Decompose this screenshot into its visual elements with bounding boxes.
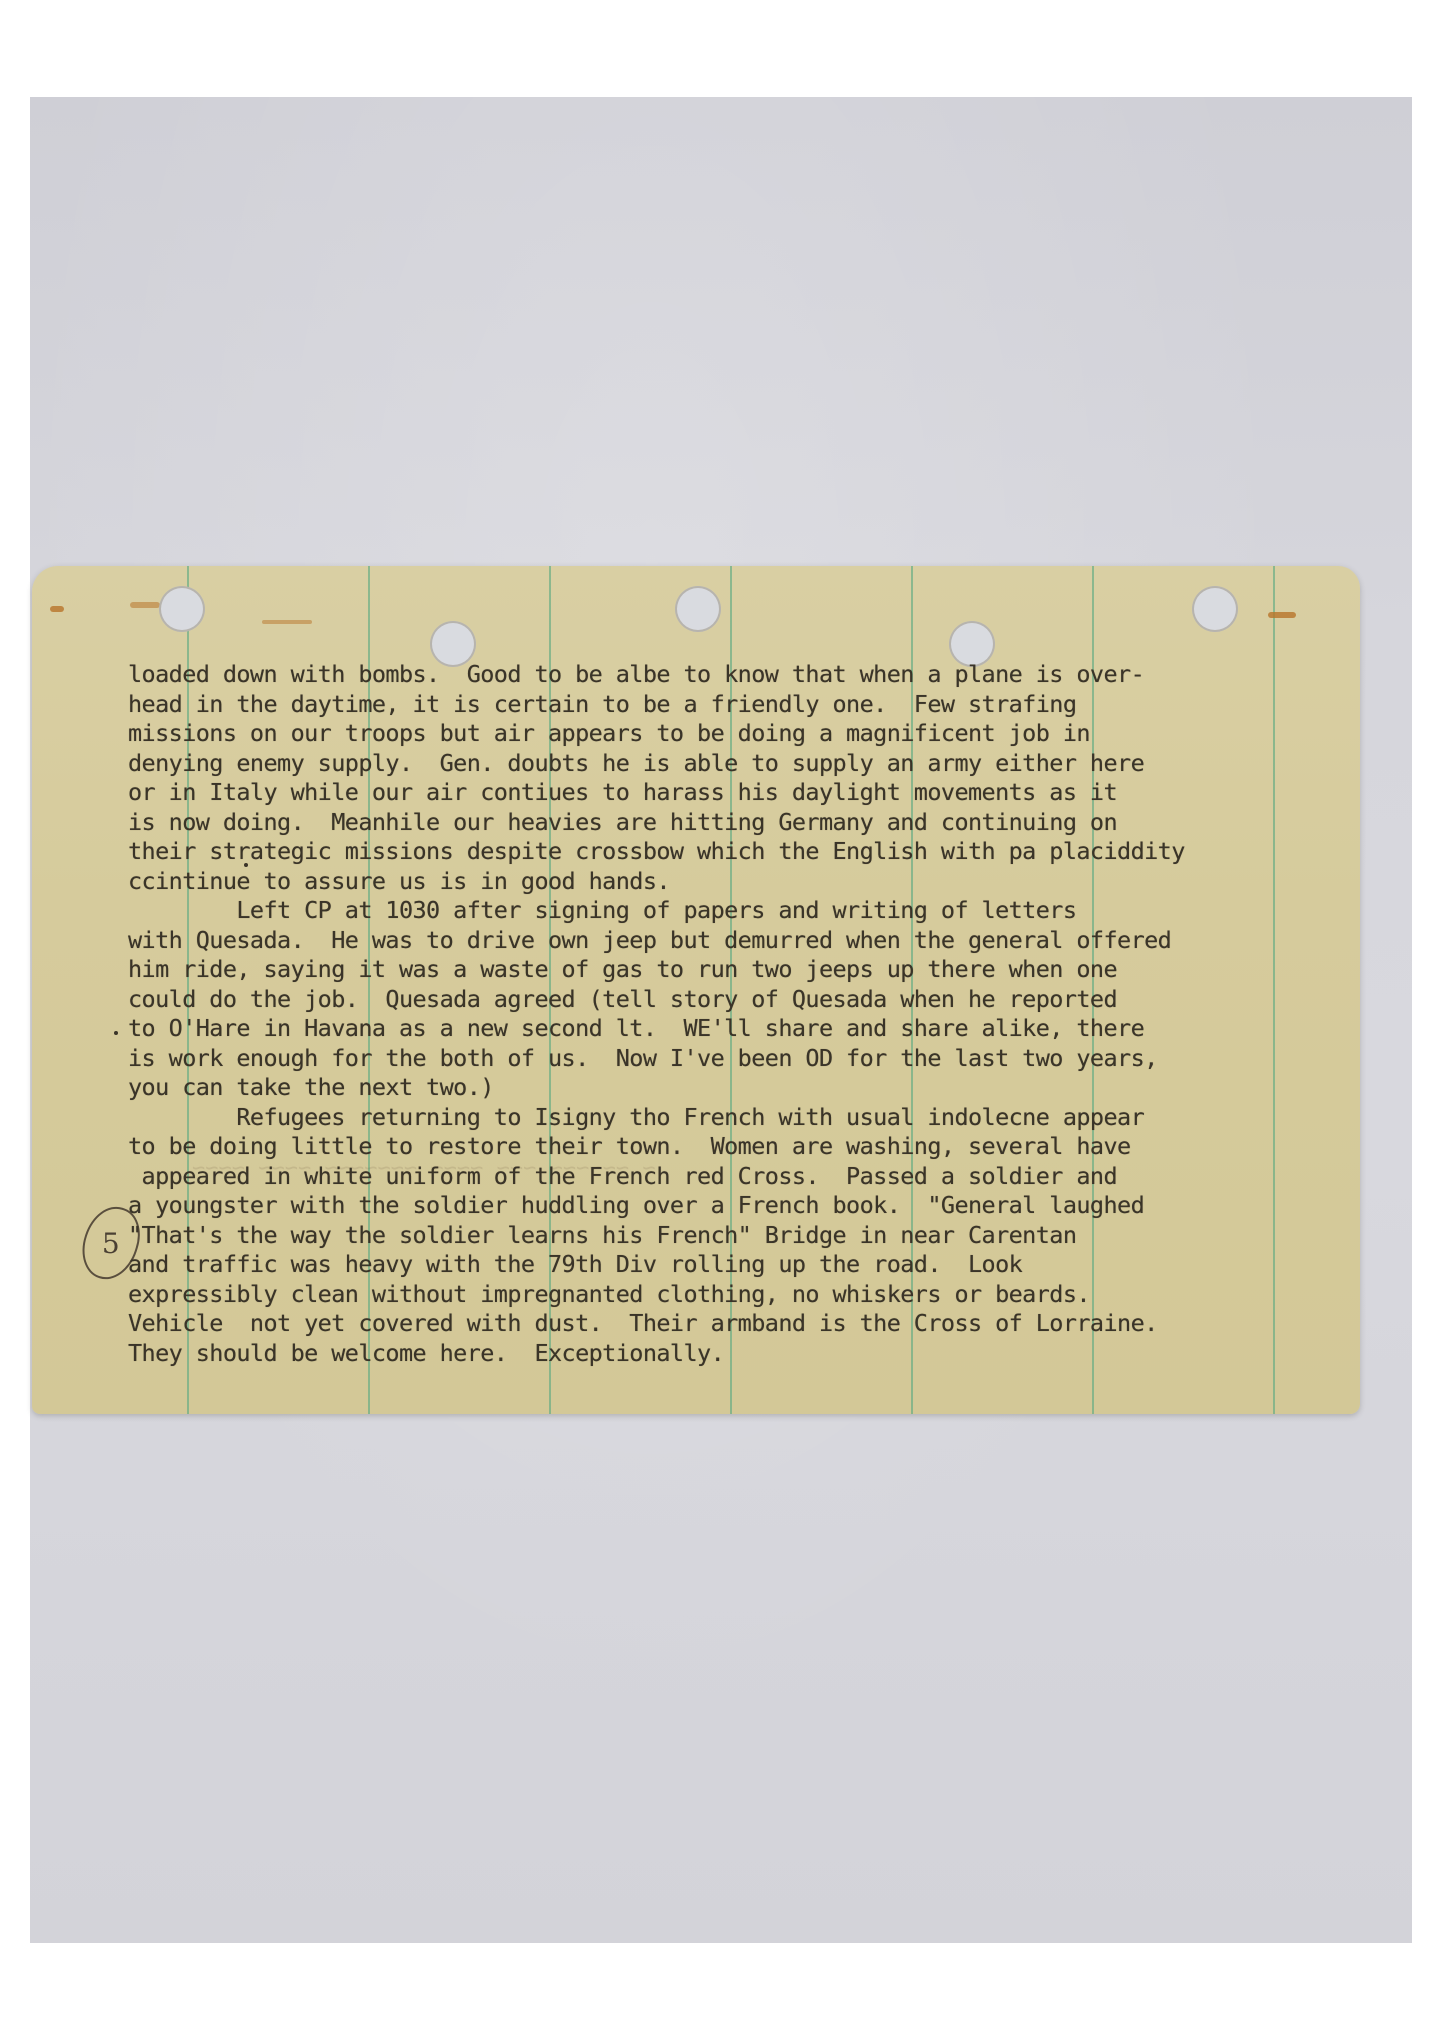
diary-card: ~ ~~~~~~ ~~~ ~~~~ ~~~~~~~ ~~~~ ~~~~ 5 lo… bbox=[32, 566, 1360, 1414]
rust-stain bbox=[1268, 612, 1296, 618]
text-line: head in the daytime, it is certain to be… bbox=[128, 690, 1348, 720]
text-line: Vehicle not yet covered with dust. Their… bbox=[128, 1309, 1348, 1339]
text-line: appeared in white uniform of the French … bbox=[128, 1162, 1348, 1192]
binder-hole bbox=[675, 586, 721, 632]
binder-hole bbox=[159, 586, 205, 632]
text-line: is work enough for the both of us. Now I… bbox=[128, 1044, 1348, 1074]
typewritten-text: loaded down with bombs. Good to be albe … bbox=[128, 660, 1348, 1368]
text-line: They should be welcome here. Exceptional… bbox=[128, 1339, 1348, 1369]
binder-hole bbox=[1192, 586, 1238, 632]
text-line: with Quesada. He was to drive own jeep b… bbox=[128, 926, 1348, 956]
page-number: 5 bbox=[102, 1226, 120, 1259]
text-line: "That's the way the soldier learns his F… bbox=[128, 1221, 1348, 1251]
rust-stain bbox=[262, 620, 312, 624]
text-line: Refugees returning to Isigny tho French … bbox=[128, 1103, 1348, 1133]
text-line: Left CP at 1030 after signing of papers … bbox=[128, 896, 1348, 926]
text-line: is now doing. Meanhile our heavies are h… bbox=[128, 808, 1348, 838]
rust-stain bbox=[130, 602, 160, 608]
stray-mark bbox=[114, 1031, 118, 1035]
text-line: missions on our troops but air appears t… bbox=[128, 719, 1348, 749]
text-line: their strategic missions despite crossbo… bbox=[128, 837, 1348, 867]
text-line: or in Italy while our air contiues to ha… bbox=[128, 778, 1348, 808]
text-line: him ride, saying it was a waste of gas t… bbox=[128, 955, 1348, 985]
text-line: you can take the next two.) bbox=[128, 1073, 1348, 1103]
text-line: a youngster with the soldier huddling ov… bbox=[128, 1191, 1348, 1221]
text-line: denying enemy supply. Gen. doubts he is … bbox=[128, 749, 1348, 779]
text-line: could do the job. Quesada agreed (tell s… bbox=[128, 985, 1348, 1015]
text-line: loaded down with bombs. Good to be albe … bbox=[128, 660, 1348, 690]
text-line: and traffic was heavy with the 79th Div … bbox=[128, 1250, 1348, 1280]
text-line: expressibly clean without impregnanted c… bbox=[128, 1280, 1348, 1310]
text-line: to be doing little to restore their town… bbox=[128, 1132, 1348, 1162]
rust-stain bbox=[50, 606, 64, 612]
text-line: to O'Hare in Havana as a new second lt. … bbox=[128, 1014, 1348, 1044]
text-line: ccintinue to assure us is in good hands. bbox=[128, 867, 1348, 897]
